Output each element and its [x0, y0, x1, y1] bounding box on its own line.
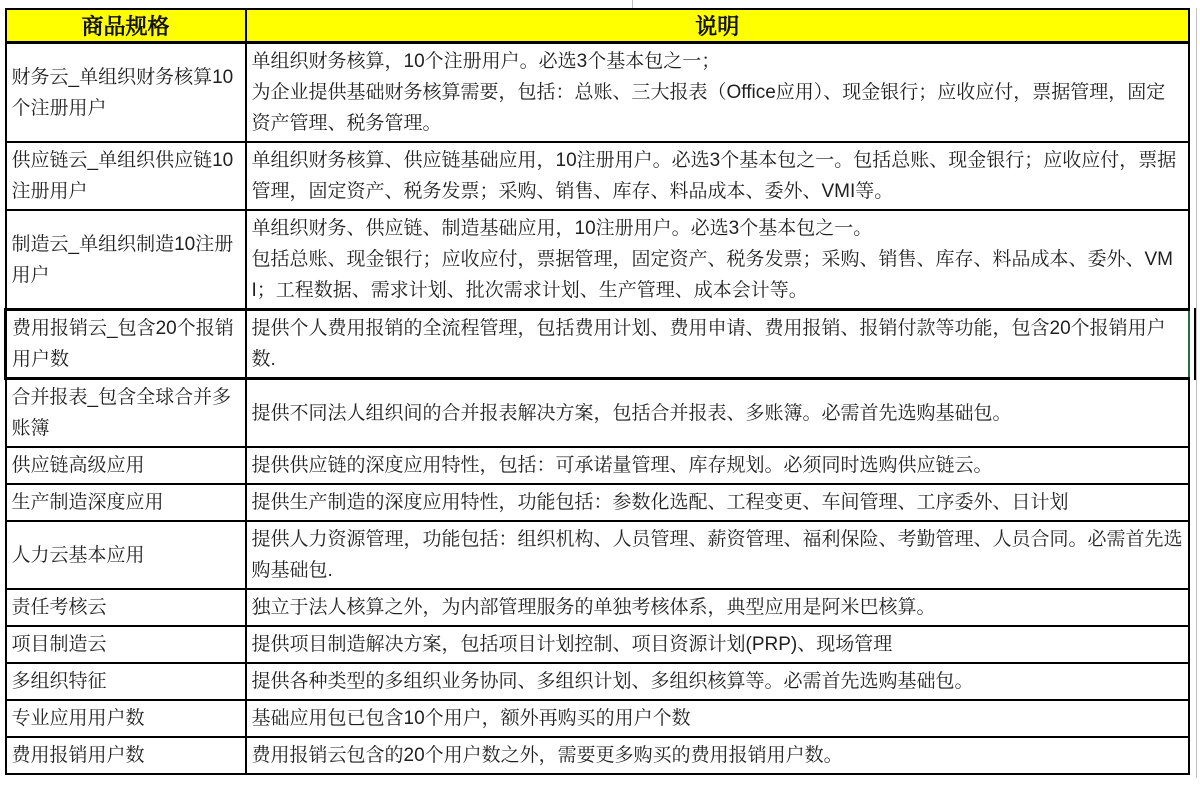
table-row: 财务云_单组织财务核算10个注册用户 单组织财务核算，10个注册用户。必选3个基… — [6, 43, 1190, 143]
desc-cell[interactable]: 提供项目制造解决方案，包括项目计划控制、项目资源计划(PRP)、现场管理 — [246, 626, 1190, 663]
desc-cell[interactable]: 单组织财务、供应链、制造基础应用，10注册用户。必选3个基本包之一。 包括总账、… — [246, 210, 1190, 310]
desc-cell[interactable]: 提供个人费用报销的全流程管理，包括费用计划、费用申请、费用报销、报销付款等功能，… — [246, 310, 1190, 379]
table-row: 费用报销云_包含20个报销用户数 提供个人费用报销的全流程管理，包括费用计划、费… — [6, 310, 1190, 379]
gridline-vertical-right — [1196, 8, 1197, 778]
header-description[interactable]: 说明 — [246, 9, 1190, 43]
table-body: 财务云_单组织财务核算10个注册用户 单组织财务核算，10个注册用户。必选3个基… — [6, 43, 1190, 775]
table-row: 责任考核云 独立于法人核算之外，为内部管理服务的单独考核体系，典型应用是阿米巴核… — [6, 589, 1190, 626]
table-row: 供应链云_单组织供应链10注册用户 单组织财务核算、供应链基础应用，10注册用户… — [6, 142, 1190, 210]
spec-cell[interactable]: 生产制造深度应用 — [6, 484, 246, 521]
desc-cell[interactable]: 提供各种类型的多组织业务协同、多组织计划、多组织核算等。必需首先选购基础包。 — [246, 663, 1190, 700]
desc-cell[interactable]: 提供生产制造的深度应用特性，功能包括：参数化选配、工程变更、车间管理、工序委外、… — [246, 484, 1190, 521]
spec-cell[interactable]: 项目制造云 — [6, 626, 246, 663]
spec-cell[interactable]: 合并报表_包含全球合并多账簿 — [6, 379, 246, 448]
desc-cell[interactable]: 基础应用包已包含10个用户，额外再购买的用户个数 — [246, 700, 1190, 737]
table-row: 多组织特征 提供各种类型的多组织业务协同、多组织计划、多组织核算等。必需首先选购… — [6, 663, 1190, 700]
desc-cell[interactable]: 费用报销云包含的20个用户数之外，需要更多购买的费用报销用户数。 — [246, 737, 1190, 774]
spec-cell[interactable]: 供应链高级应用 — [6, 447, 246, 484]
table-row: 人力云基本应用 提供人力资源管理，功能包括：组织机构、人员管理、薪资管理、福利保… — [6, 521, 1190, 589]
spec-cell[interactable]: 责任考核云 — [6, 589, 246, 626]
desc-cell[interactable]: 提供不同法人组织间的合并报表解决方案，包括合并报表、多账簿。必需首先选购基础包。 — [246, 379, 1190, 448]
table-row: 供应链高级应用 提供供应链的深度应用特性，包括：可承诺量管理、库存规划。必须同时… — [6, 447, 1190, 484]
desc-cell[interactable]: 提供供应链的深度应用特性，包括：可承诺量管理、库存规划。必须同时选购供应链云。 — [246, 447, 1190, 484]
table-row: 生产制造深度应用 提供生产制造的深度应用特性，功能包括：参数化选配、工程变更、车… — [6, 484, 1190, 521]
spec-cell[interactable]: 财务云_单组织财务核算10个注册用户 — [6, 43, 246, 143]
desc-cell[interactable]: 单组织财务核算，10个注册用户。必选3个基本包之一； 为企业提供基础财务核算需要… — [246, 43, 1190, 143]
spec-cell[interactable]: 制造云_单组织制造10注册用户 — [6, 210, 246, 310]
table-row: 项目制造云 提供项目制造解决方案，包括项目计划控制、项目资源计划(PRP)、现场… — [6, 626, 1190, 663]
spec-cell[interactable]: 人力云基本应用 — [6, 521, 246, 589]
spec-cell[interactable]: 专业应用用户数 — [6, 700, 246, 737]
header-product-spec[interactable]: 商品规格 — [6, 9, 246, 43]
desc-cell[interactable]: 独立于法人核算之外，为内部管理服务的单独考核体系，典型应用是阿米巴核算。 — [246, 589, 1190, 626]
desc-cell[interactable]: 提供人力资源管理，功能包括：组织机构、人员管理、薪资管理、福利保险、考勤管理、人… — [246, 521, 1190, 589]
table-row: 费用报销用户数 费用报销云包含的20个用户数之外，需要更多购买的费用报销用户数。 — [6, 737, 1190, 774]
spec-cell[interactable]: 费用报销用户数 — [6, 737, 246, 774]
table-row: 合并报表_包含全球合并多账簿 提供不同法人组织间的合并报表解决方案，包括合并报表… — [6, 379, 1190, 448]
spreadsheet-area: 商品规格 说明 财务云_单组织财务核算10个注册用户 单组织财务核算，10个注册… — [0, 0, 1200, 800]
desc-cell[interactable]: 单组织财务核算、供应链基础应用，10注册用户。必选3个基本包之一。包括总账、现金… — [246, 142, 1190, 210]
product-spec-table: 商品规格 说明 财务云_单组织财务核算10个注册用户 单组织财务核算，10个注册… — [4, 8, 1190, 775]
table-row: 制造云_单组织制造10注册用户 单组织财务、供应链、制造基础应用，10注册用户。… — [6, 210, 1190, 310]
spec-cell[interactable]: 供应链云_单组织供应链10注册用户 — [6, 142, 246, 210]
header-row: 商品规格 说明 — [6, 9, 1190, 43]
spec-cell[interactable]: 费用报销云_包含20个报销用户数 — [6, 310, 246, 379]
table-row: 专业应用用户数 基础应用包已包含10个用户，额外再购买的用户个数 — [6, 700, 1190, 737]
spec-cell[interactable]: 多组织特征 — [6, 663, 246, 700]
